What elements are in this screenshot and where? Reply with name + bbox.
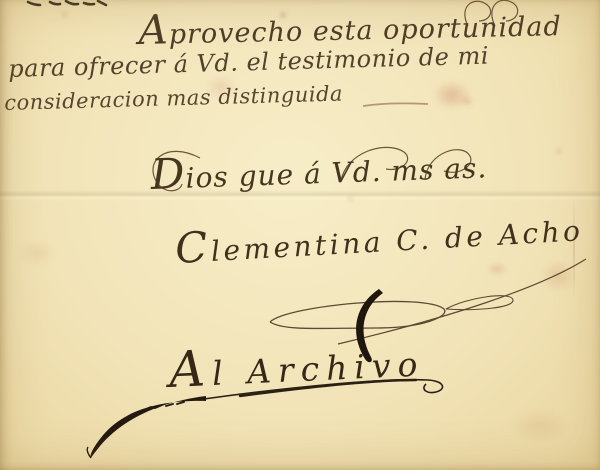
letter-signature: Clementina C. de Acho — [174, 205, 584, 270]
letter-valediction: Dios gue á Vd. ms as. — [150, 142, 488, 196]
foxing-stain — [18, 240, 58, 266]
filler-dash-stroke — [363, 103, 428, 106]
archive-underline-flourish — [87, 380, 442, 458]
letter-body-line-1: Aprovecho esta oportunidad — [138, 1, 562, 50]
ink-transfer-stain — [460, 96, 474, 106]
top-edge-cut-ink-mark — [28, 1, 106, 5]
ink-transfer-stain — [432, 80, 472, 110]
foxing-speck — [62, 12, 67, 17]
foxing-speck — [556, 148, 562, 154]
letter-body-line-3: consideracion mas distinguida — [4, 84, 343, 114]
archival-note: Al Archivo — [168, 334, 425, 395]
foxing-stain — [486, 262, 508, 276]
letter-body-line-2: para ofrecer á Vd. el testimonio de mi — [8, 44, 489, 81]
letter-page: Aprovecho esta oportunidad para ofrecer … — [0, 0, 600, 470]
paper-crease — [0, 190, 600, 201]
foxing-stain — [510, 408, 570, 444]
foxing-stain — [540, 260, 576, 292]
